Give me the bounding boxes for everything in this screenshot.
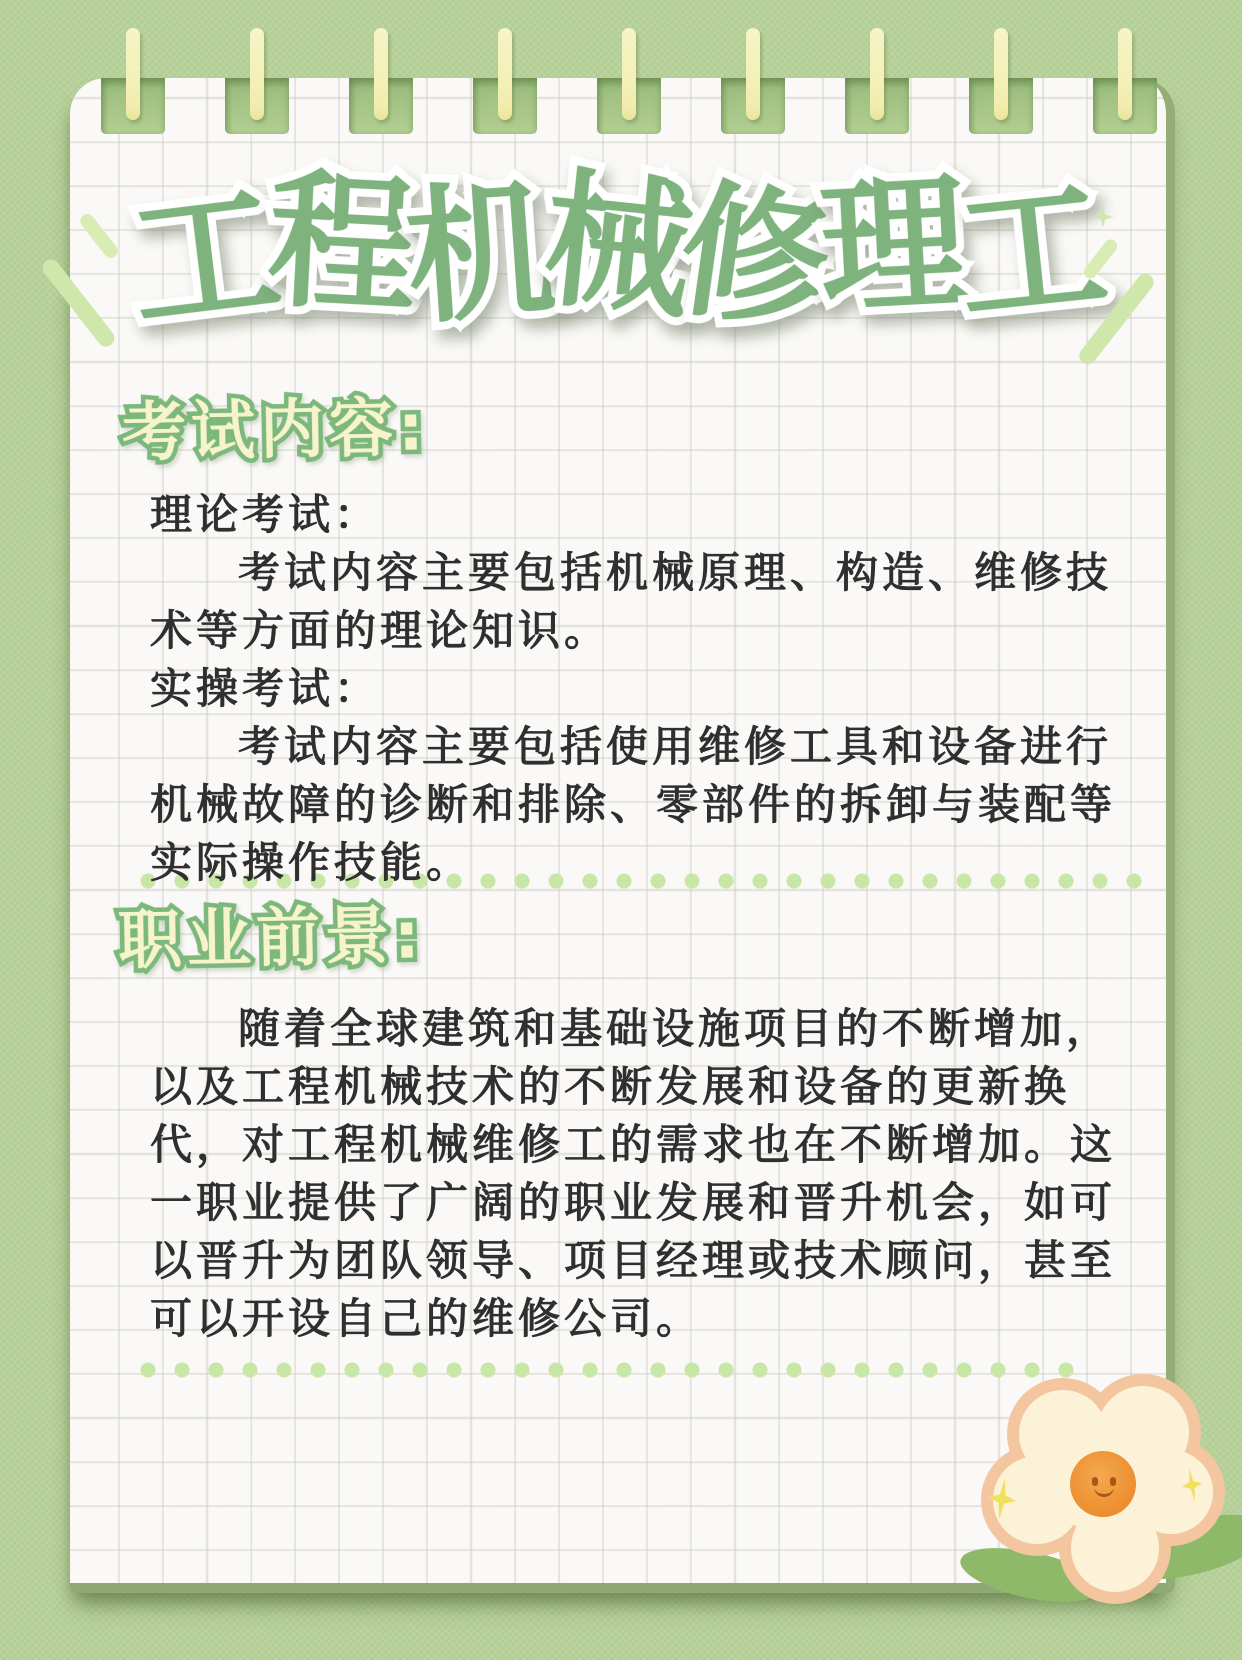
title-character: 工: [123, 175, 288, 340]
dotted-divider: [140, 1362, 1092, 1378]
flower-center-face: [1070, 1451, 1136, 1517]
flower-illustration: [975, 1352, 1235, 1632]
section-career-body: 随着全球建筑和基础设施项目的不断增加， 以及工程机械技术的不断发展和设备的更新换…: [150, 1000, 1150, 1348]
poster-title: 工程机械修理工: [70, 174, 1166, 322]
body-text-line: 术等方面的理论知识。: [150, 602, 1150, 660]
binding-pin: [870, 28, 884, 120]
body-text-line: 随着全球建筑和基础设施项目的不断增加，: [150, 1000, 1150, 1058]
section-exam-body: 理论考试： 考试内容主要包括机械原理、构造、维修技 术等方面的理论知识。 实操考…: [150, 486, 1150, 892]
body-text-line: 考试内容主要包括使用维修工具和设备进行: [150, 718, 1150, 776]
flower-smile: [1094, 1481, 1114, 1497]
body-text-line: 实际操作技能。: [150, 834, 1150, 892]
body-text-line: 考试内容主要包括机械原理、构造、维修技: [150, 544, 1150, 602]
binding-pin: [746, 28, 760, 120]
section-heading-career-outlook: 职业前景:: [117, 901, 425, 977]
binding-pin: [126, 28, 140, 120]
body-text-line: 一职业提供了广阔的职业发展和晋升机会，如可: [150, 1174, 1150, 1232]
title-character: 机: [401, 175, 559, 333]
body-text-line: 代，对工程机械维修工的需求也在不断增加。这: [150, 1116, 1150, 1174]
body-text-line: 理论考试：: [150, 486, 1150, 544]
body-text-line: 实操考试：: [150, 660, 1150, 718]
binding-pin: [1118, 28, 1132, 120]
title-character: 工: [951, 171, 1114, 334]
binding-pin: [498, 28, 512, 120]
body-text-line: 以晋升为团队领导、项目经理或技术顾问，甚至: [150, 1232, 1150, 1290]
title-character: 修: [671, 174, 838, 341]
body-text-line: 机械故障的诊断和排除、零部件的拆卸与装配等: [150, 776, 1150, 834]
title-character: 理: [816, 168, 972, 324]
binding-pin: [374, 28, 388, 120]
binding-pin: [994, 28, 1008, 120]
binding-pin: [250, 28, 264, 120]
poster-canvas: 工程机械修理工 考试内容: 理论考试： 考试内容主要包括机械原理、构造、维修技 …: [0, 0, 1242, 1660]
body-text-line: 可以开设自己的维修公司。: [150, 1290, 1150, 1348]
title-character: 程: [264, 166, 420, 322]
binding-pin: [622, 28, 636, 120]
section-heading-exam-content: 考试内容:: [121, 393, 429, 469]
body-text-line: 以及工程机械技术的不断发展和设备的更新换: [150, 1058, 1150, 1116]
